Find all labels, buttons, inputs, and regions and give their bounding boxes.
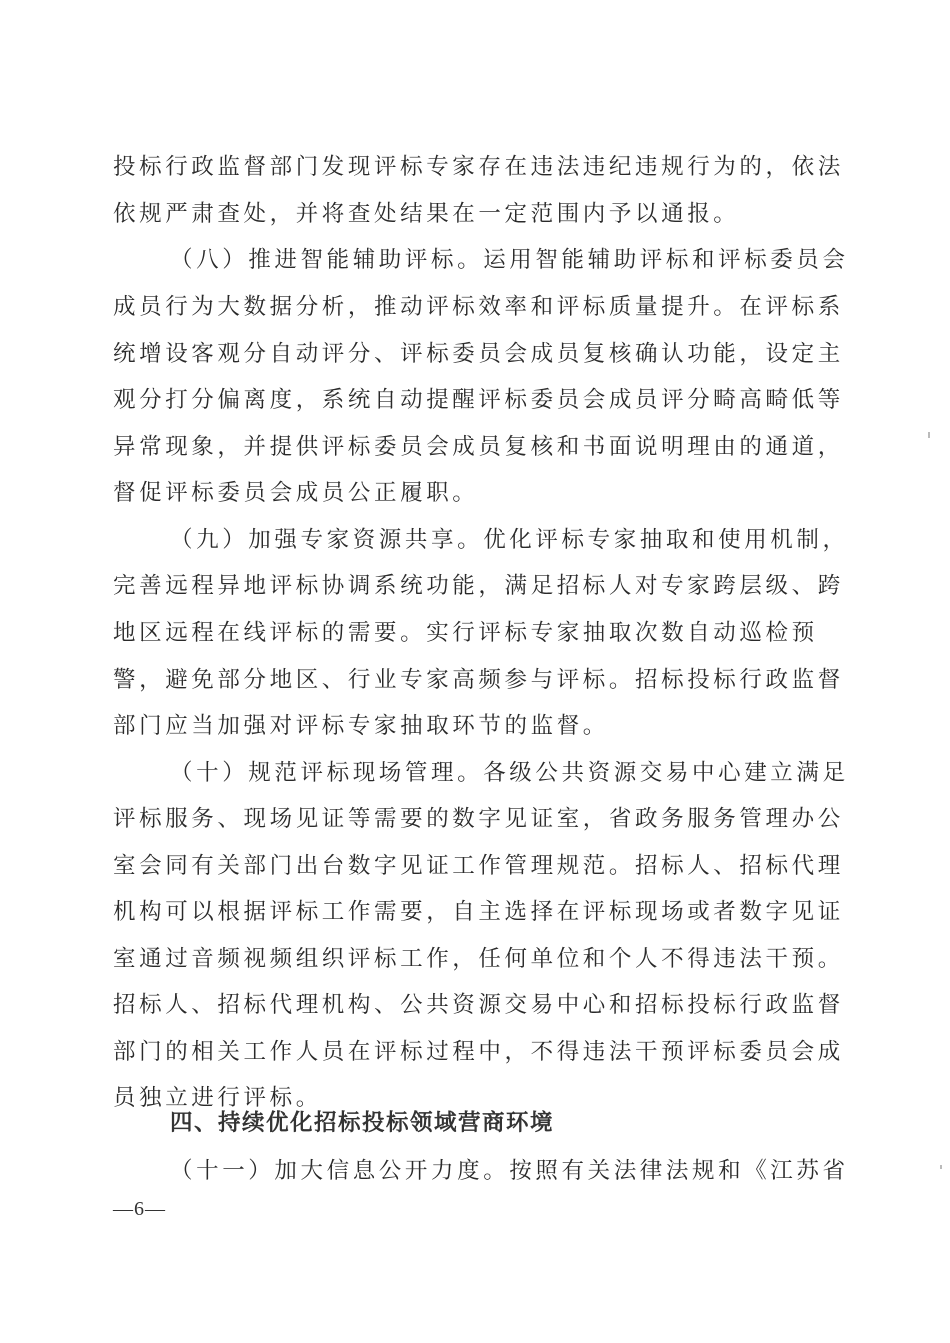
section-heading-4: 四、持续优化招标投标领域营商环境 xyxy=(170,1108,890,1138)
text-line: 依规严肃查处，并将查处结果在一定范围内予以通报。 xyxy=(113,199,833,229)
text-line: 异常现象，并提供评标委员会成员复核和书面说明理由的通道， xyxy=(113,432,833,462)
scan-speck xyxy=(940,1165,942,1169)
text-line: 部门的相关工作人员在评标过程中，不得违法干预评标委员会成 xyxy=(113,1037,833,1067)
section-11-title-line: （十一）加大信息公开力度。按照有关法律法规和《江苏省 xyxy=(170,1156,890,1186)
text-line: 观分打分偏离度，系统自动提醒评标委员会成员评分畸高畸低等 xyxy=(113,385,833,415)
text-line: 室通过音频视频组织评标工作，任何单位和个人不得违法干预。 xyxy=(113,944,833,974)
text-line: 室会同有关部门出台数字见证工作管理规范。招标人、招标代理 xyxy=(113,851,833,881)
text-line: 完善远程异地评标协调系统功能，满足招标人对专家跨层级、跨 xyxy=(113,571,833,601)
text-line: 机构可以根据评标工作需要，自主选择在评标现场或者数字见证 xyxy=(113,897,833,927)
text-line: 地区远程在线评标的需要。实行评标专家抽取次数自动巡检预 xyxy=(113,618,833,648)
text-line: 督促评标委员会成员公正履职。 xyxy=(113,478,833,508)
text-line: 评标服务、现场见证等需要的数字见证室，省政务服务管理办公 xyxy=(113,804,833,834)
text-line: 招标人、招标代理机构、公共资源交易中心和招标投标行政监督 xyxy=(113,990,833,1020)
text-line: 投标行政监督部门发现评标专家存在违法违纪违规行为的，依法 xyxy=(113,152,833,182)
section-9-title-line: （九）加强专家资源共享。优化评标专家抽取和使用机制， xyxy=(170,525,890,555)
section-8-title-line: （八）推进智能辅助评标。运用智能辅助评标和评标委员会 xyxy=(170,245,890,275)
text-line: 警，避免部分地区、行业专家高频参与评标。招标投标行政监督 xyxy=(113,665,833,695)
text-line: 部门应当加强对评标专家抽取环节的监督。 xyxy=(113,711,833,741)
scan-speck xyxy=(928,432,930,438)
page-number: —6— xyxy=(113,1198,166,1221)
text-line: 成员行为大数据分析，推动评标效率和评标质量提升。在评标系 xyxy=(113,292,833,322)
section-10-title-line: （十）规范评标现场管理。各级公共资源交易中心建立满足 xyxy=(170,758,890,788)
text-line: 统增设客观分自动评分、评标委员会成员复核确认功能，设定主 xyxy=(113,339,833,369)
